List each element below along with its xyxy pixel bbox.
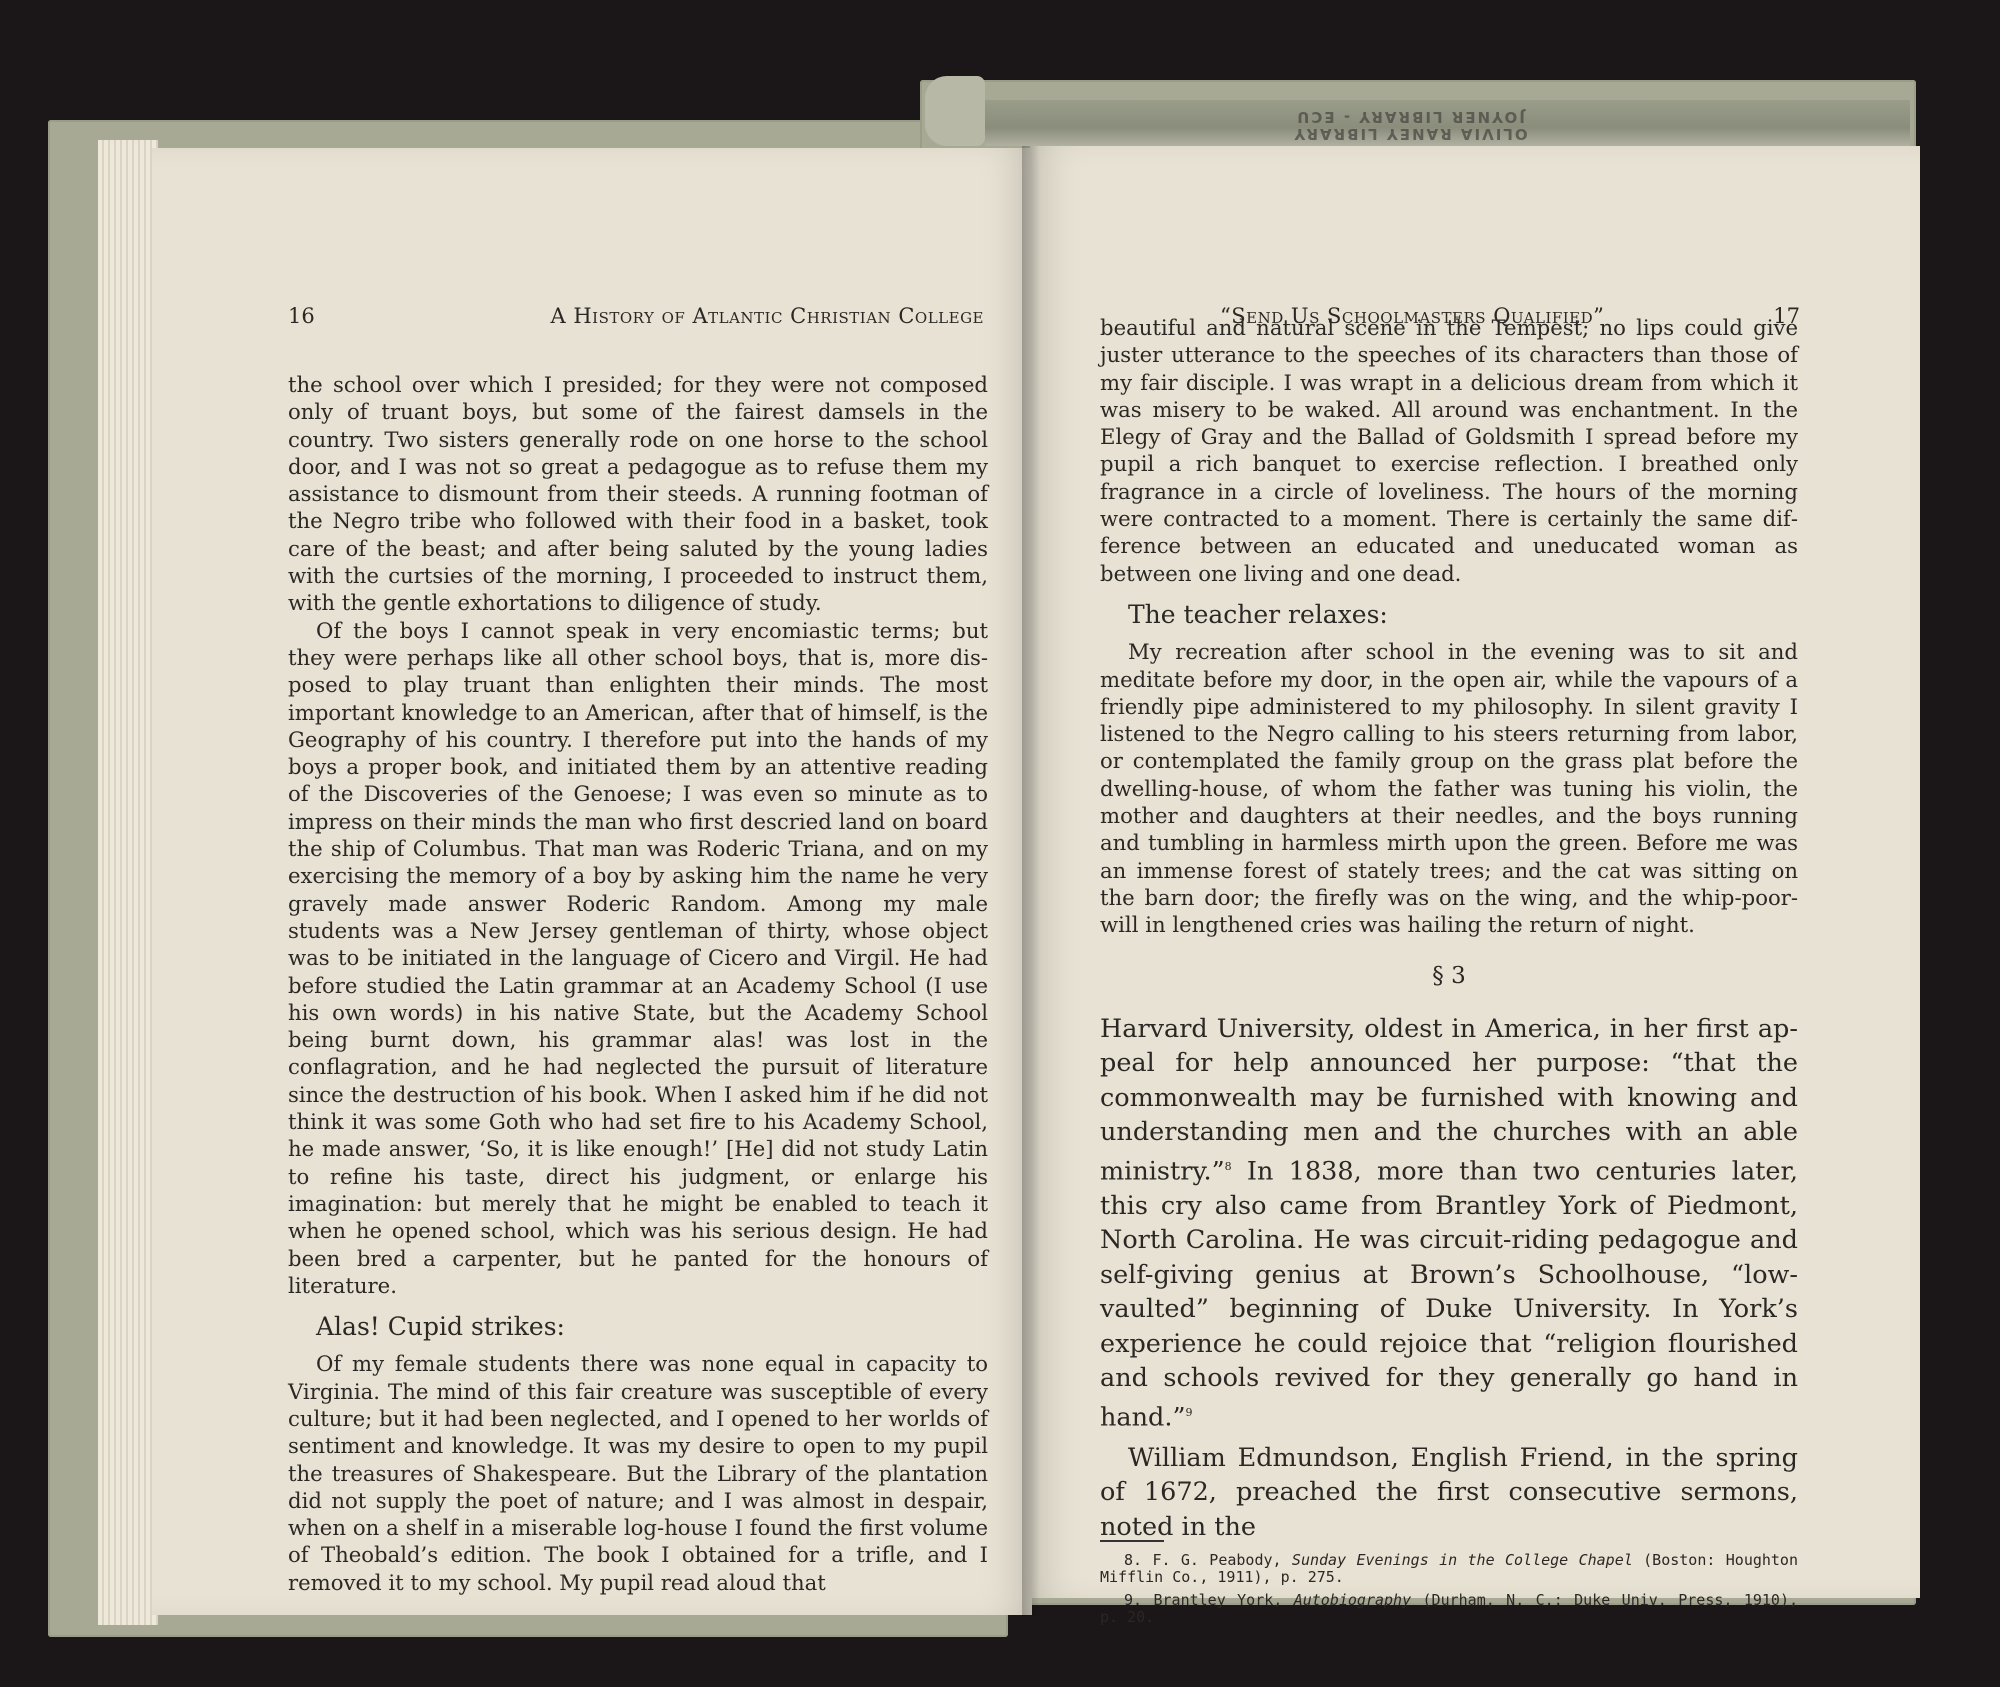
stamp-line-2: JOYNER LIBRARY - ECU	[1180, 108, 1640, 125]
paragraph: William Edmundson, English Friend, in th…	[1100, 1441, 1798, 1545]
footnotes: 8. F. G. Peabody, Sunday Evenings in the…	[1100, 1552, 1798, 1626]
subheading: Alas! Cupid strikes:	[316, 1313, 988, 1340]
footnote-ref[interactable]: 8	[1225, 1160, 1232, 1173]
left-text-column: the school over which I presided; for th…	[288, 371, 988, 1596]
subheading: The teacher relaxes:	[1128, 601, 1798, 628]
paragraph: beautiful and natural scene in the Tempe…	[1100, 314, 1798, 587]
library-stamp: OLIVIA RANEY LIBRARY JOYNER LIBRARY - EC…	[1180, 106, 1640, 142]
footnote-text: Brantley York,	[1153, 1591, 1293, 1609]
paragraph: Of the boys I cannot speak in very encom…	[288, 617, 988, 1299]
stamp-line-1: OLIVIA RANEY LIBRARY	[1180, 125, 1640, 142]
paragraph: My recreation after school in the evenin…	[1100, 638, 1798, 938]
footnote-title: Autobiography	[1294, 1591, 1411, 1609]
paragraph: the school over which I presided; for th…	[288, 371, 988, 617]
page-number: 16	[288, 304, 315, 328]
page-stack-edge	[98, 140, 158, 1625]
paragraph: In 1838, more than two centuries later, …	[1100, 1156, 1798, 1432]
right-text-column: beautiful and natural scene in the Tempe…	[1100, 314, 1798, 1632]
section-mark: § 3	[1100, 963, 1798, 990]
footnote-ref[interactable]: 9	[1186, 1406, 1193, 1419]
running-head-title: A History of Atlantic Christian College	[551, 304, 985, 328]
section-body: Harvard University, oldest in America, i…	[1100, 1012, 1798, 1545]
footnote-title: Sunday Evenings in the College Chapel	[1292, 1551, 1633, 1569]
book-gutter	[1022, 146, 1040, 1616]
footnote-number: 8.	[1124, 1551, 1142, 1569]
footnote-number: 9.	[1124, 1591, 1142, 1609]
footnote-8: 8. F. G. Peabody, Sunday Evenings in the…	[1100, 1552, 1798, 1586]
footnote-9: 9. Brantley York, Autobiography (Durham,…	[1100, 1592, 1798, 1626]
paragraph: Of my female students there was none equ…	[288, 1350, 988, 1596]
left-running-head: 16 A History of Atlantic Christian Colle…	[288, 304, 988, 328]
book-spine-headcap	[925, 76, 985, 146]
footnote-text: F. G. Peabody,	[1152, 1551, 1291, 1569]
